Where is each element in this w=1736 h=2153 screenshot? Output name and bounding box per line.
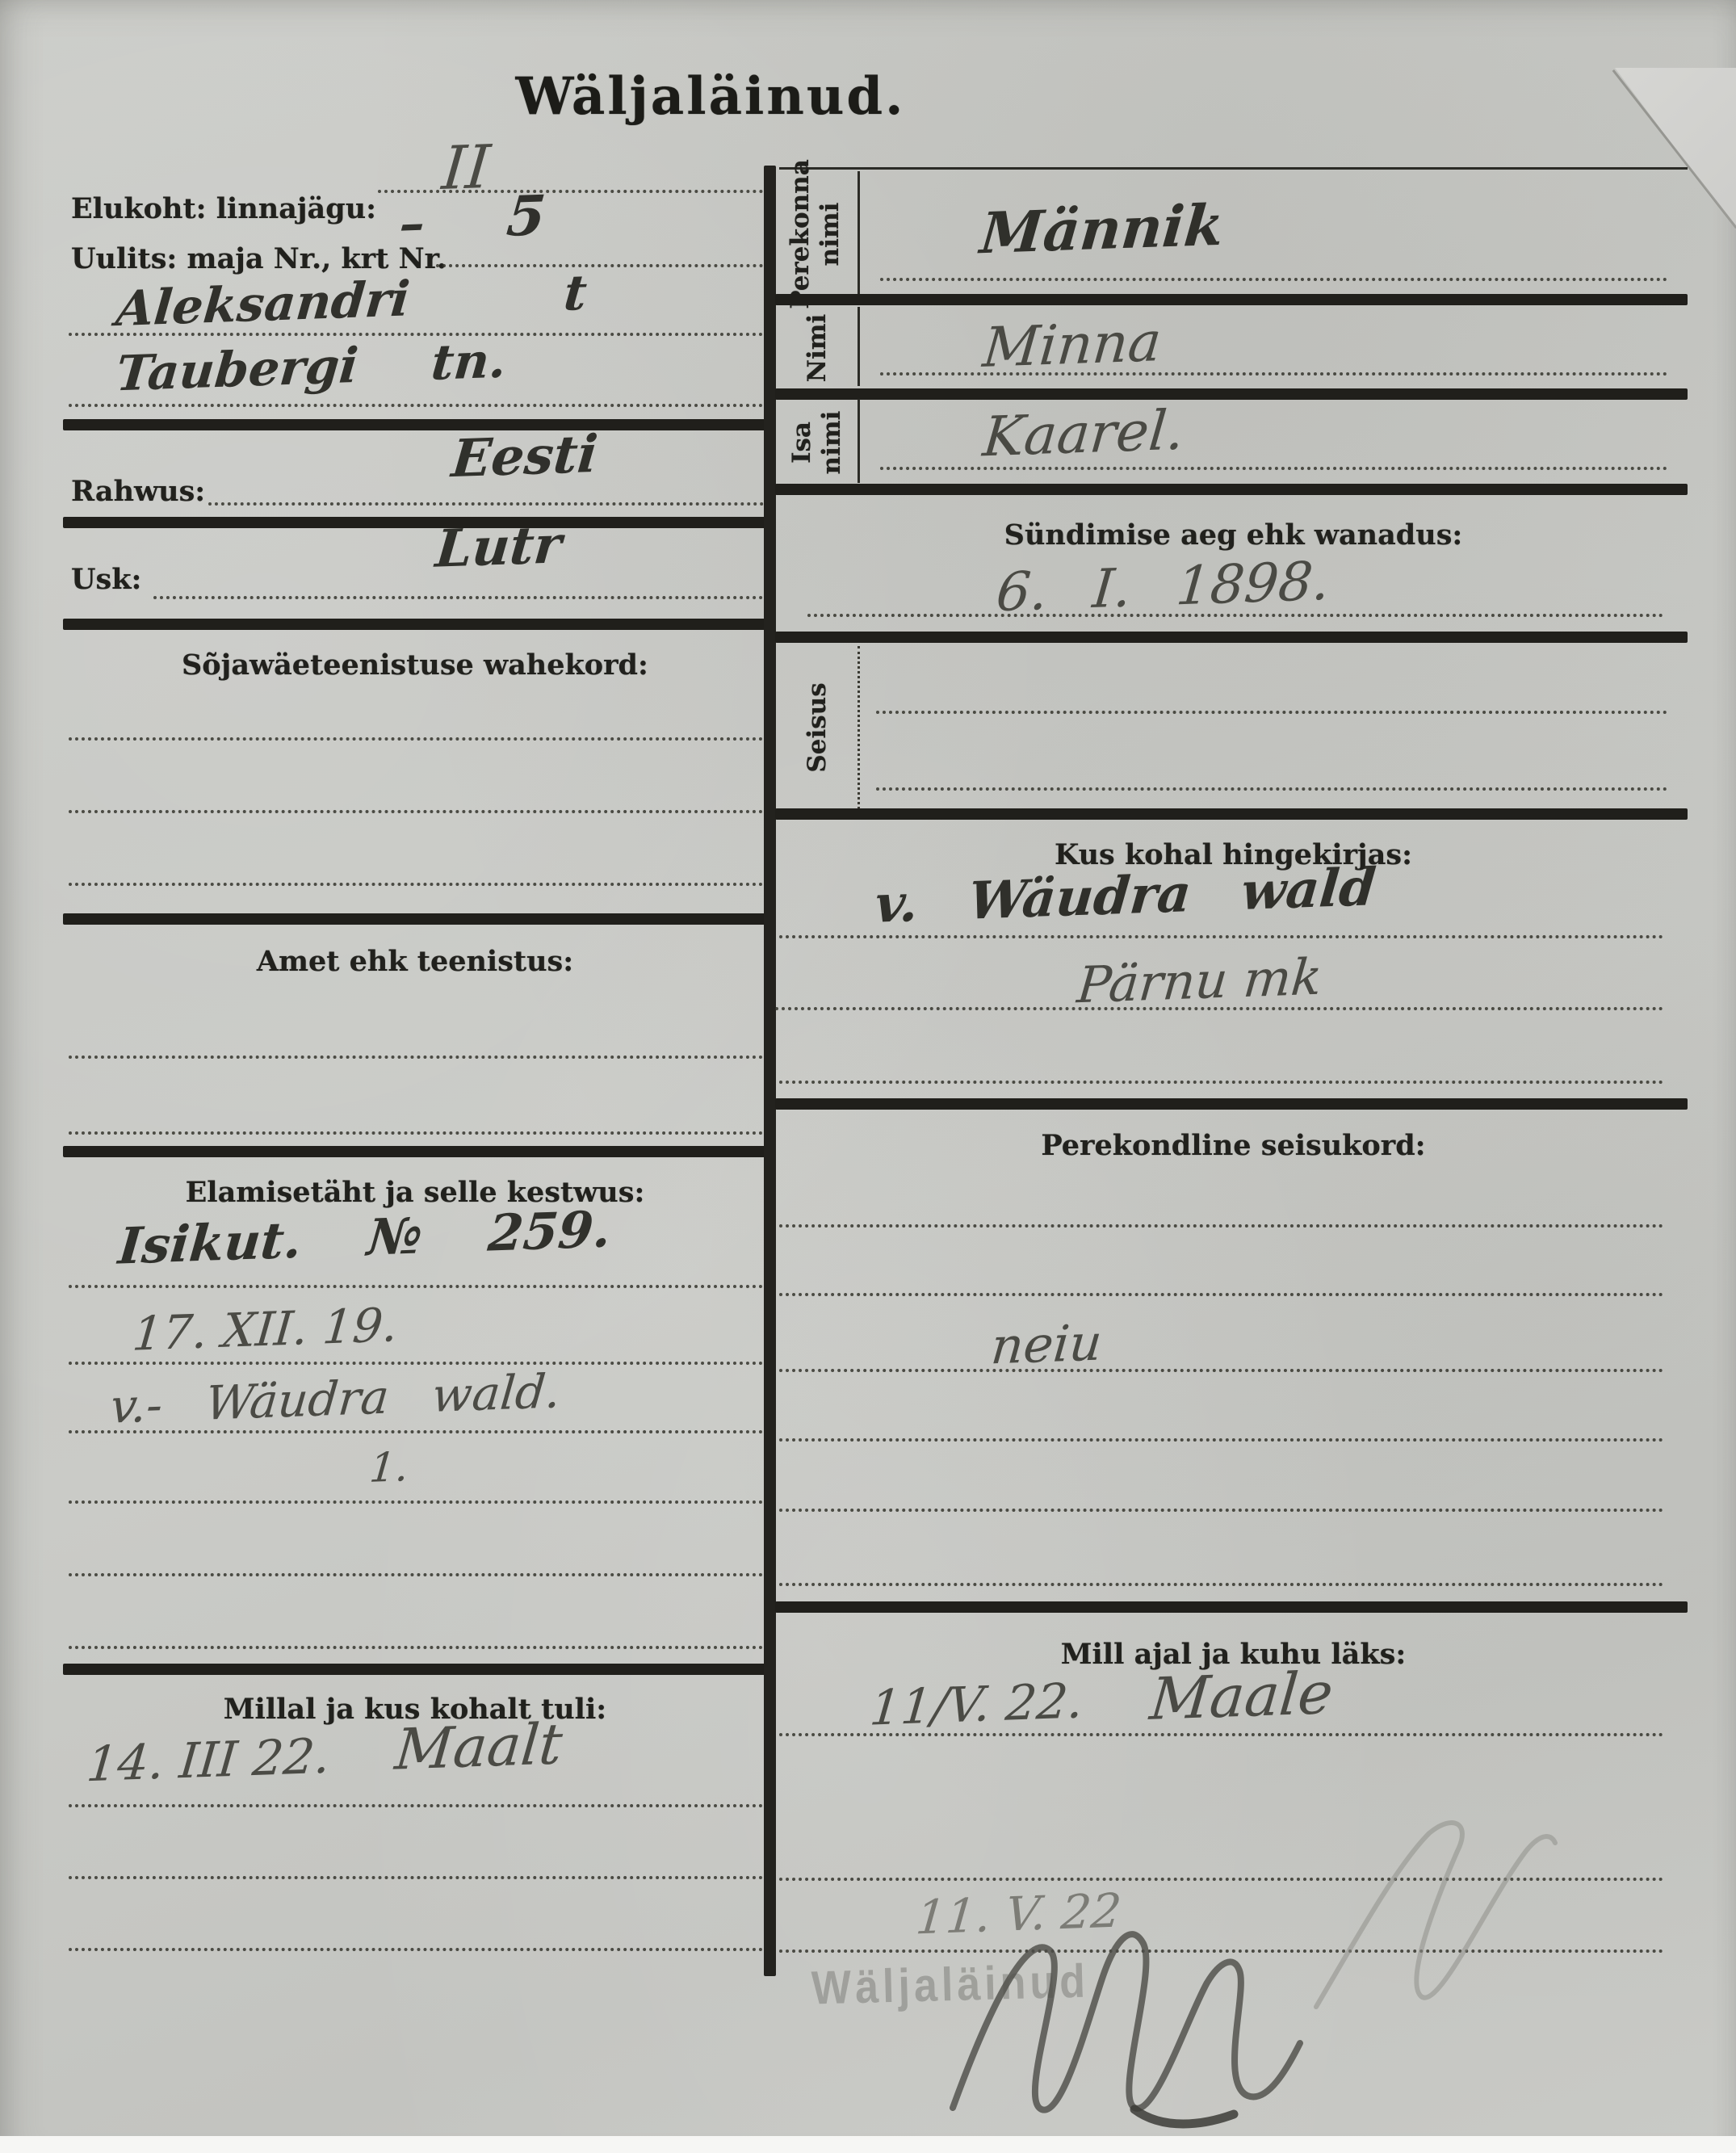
registry-rule-2	[775, 1007, 1663, 1010]
section-divider	[775, 484, 1688, 495]
nationality-label: Rahwus:	[71, 475, 205, 508]
birth-header: Sündimise aeg ehk wanadus:	[779, 518, 1688, 552]
column-divider	[764, 166, 776, 1976]
military-line-1	[69, 737, 763, 741]
permit-rule-4	[69, 1500, 763, 1504]
permit-rule-1	[69, 1285, 763, 1288]
permit-line2-handwritten: 17. XII. 19.	[130, 1297, 400, 1361]
military-service-header: Sõjawäeteenistuse wahekord:	[65, 648, 765, 682]
street-line	[436, 264, 763, 267]
military-line-3	[69, 883, 763, 886]
father-name-label-rule	[858, 399, 860, 483]
section-divider	[63, 1664, 765, 1675]
section-divider	[63, 619, 765, 630]
permit-rule-3	[69, 1430, 763, 1433]
first-name-line	[880, 372, 1667, 376]
first-name-value-handwritten: Minna	[980, 310, 1164, 380]
right-column-top-border	[779, 167, 1688, 170]
residence-label: Elukoht: linnajägu:	[71, 192, 376, 225]
arrival-date-handwritten: 14. III 22.	[84, 1728, 332, 1793]
residence-line	[378, 190, 763, 193]
section-divider	[63, 517, 765, 528]
status-label-rule	[858, 646, 860, 809]
status-label: Seisus	[799, 647, 836, 808]
section-divider	[63, 419, 765, 430]
family-rule-6	[779, 1583, 1663, 1586]
birth-value-handwritten: 6. I. 1898.	[994, 550, 1332, 623]
birth-line	[807, 614, 1663, 617]
surname-label-line1: Perekonna	[786, 159, 816, 309]
arrival-rule-3	[69, 1948, 763, 1951]
section-divider	[775, 808, 1688, 820]
signature-scrawl	[929, 1906, 1316, 2140]
street-name-line2-handwritten: Taubergi tn.	[114, 333, 509, 403]
father-name-label-line1: Isa	[787, 422, 817, 464]
military-line-2	[69, 810, 763, 813]
departure-rule-1	[779, 1733, 1663, 1736]
nationality-line	[208, 502, 764, 506]
father-name-line	[880, 467, 1667, 470]
section-divider	[775, 632, 1688, 643]
religion-line	[153, 596, 763, 599]
occupation-header: Amet ehk teenistus:	[65, 945, 765, 978]
street-number-handwritten: 5	[504, 183, 548, 250]
religion-value-handwritten: Lutr	[433, 514, 564, 579]
residence-permit-header: Elamisetäht ja selle kestwus:	[65, 1176, 765, 1209]
street-dash-handwritten: –	[397, 193, 428, 253]
status-line-2	[876, 787, 1667, 791]
surname-line	[880, 278, 1667, 281]
family-rule-3	[779, 1369, 1663, 1372]
status-line-1	[876, 711, 1667, 714]
section-divider	[775, 388, 1688, 400]
permit-rule-2	[69, 1362, 763, 1365]
father-name-value-handwritten: Kaarel.	[980, 399, 1187, 470]
family-rule-5	[779, 1509, 1663, 1512]
scan-edge	[0, 2136, 1736, 2153]
arrival-rule-2	[69, 1876, 763, 1879]
arrival-rule-1	[69, 1804, 763, 1807]
section-divider	[63, 1146, 765, 1157]
permit-rule-5	[69, 1573, 763, 1576]
occupation-line-2	[69, 1131, 763, 1135]
surname-label-line2: nimi	[816, 203, 845, 267]
section-divider	[775, 1098, 1688, 1110]
pencil-mark	[1284, 1801, 1575, 2019]
registration-card: Wäljaläinud. Elukoht: linnajägu: II Uuli…	[0, 0, 1736, 2153]
permit-line3-handwritten: v.- Wäudra wald.	[108, 1363, 563, 1433]
permit-rule-6	[69, 1646, 763, 1649]
section-divider	[775, 294, 1688, 305]
surname-label: Perekonna nimi	[782, 170, 849, 299]
document-title: Wäljaläinud.	[420, 66, 1001, 127]
permit-line4-handwritten: 1.	[367, 1443, 410, 1492]
permit-line1-handwritten: Isikut. № 259.	[116, 1199, 614, 1275]
first-name-label-rule	[858, 307, 860, 386]
registry-rule-1	[779, 935, 1663, 938]
section-divider	[775, 1601, 1688, 1613]
family-rule-4	[779, 1438, 1663, 1442]
surname-label-rule	[858, 171, 860, 294]
family-status-value-handwritten: neiu	[989, 1313, 1105, 1376]
status-label-text: Seisus	[803, 682, 832, 772]
street-label: Uulits: maja Nr., krt Nr.	[71, 242, 447, 275]
father-name-label: Isa nimi	[785, 398, 849, 487]
occupation-line-1	[69, 1056, 763, 1059]
family-status-header: Perekondline seisukord:	[779, 1129, 1688, 1162]
arrival-place-handwritten: Maalt	[392, 1710, 565, 1782]
first-name-label-text: Nimi	[803, 314, 832, 383]
section-divider	[63, 913, 765, 925]
father-name-label-line2: nimi	[817, 411, 847, 475]
registry-rule-3	[779, 1081, 1663, 1084]
family-rule-2	[779, 1293, 1663, 1296]
religion-label: Usk:	[71, 563, 141, 596]
departure-date-handwritten: 11/V. 22.	[867, 1672, 1085, 1736]
departure-place-handwritten: Maale	[1147, 1659, 1336, 1733]
street-name-line2-rule	[69, 404, 763, 407]
residence-value-handwritten: II	[439, 132, 493, 204]
surname-value-handwritten: Männik	[978, 191, 1227, 267]
street-name-line1-handwritten: Aleksandri t	[114, 265, 589, 338]
nationality-value-handwritten: Eesti	[449, 424, 600, 489]
family-rule-1	[779, 1224, 1663, 1228]
registry-line2-handwritten: Pärnu mk	[1075, 947, 1324, 1014]
first-name-label: Nimi	[800, 300, 834, 397]
